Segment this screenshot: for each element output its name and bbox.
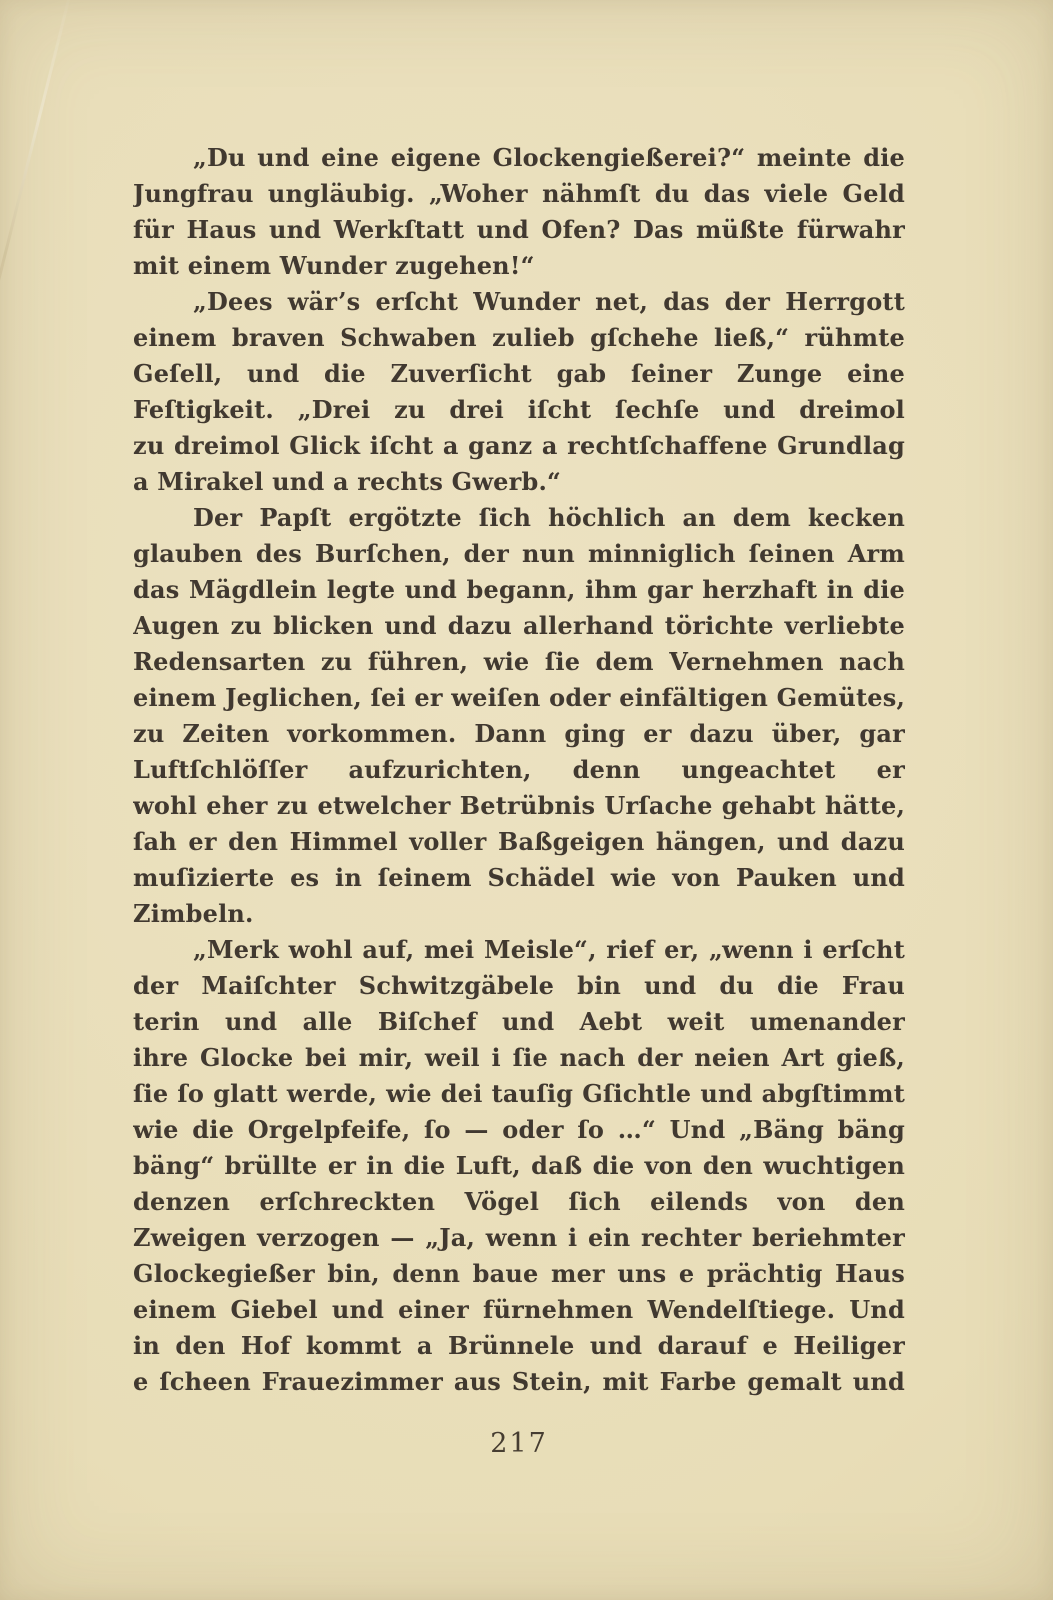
text-line: e ſcheen Frauezimmer aus Stein, mit Farb… xyxy=(133,1364,905,1400)
paragraph: „Merk wohl auf, mei Meisle“, rief er, „w… xyxy=(133,932,905,1400)
text-line: a Mirakel und a rechts Gwerb.“ xyxy=(133,464,905,500)
page-number: 217 xyxy=(133,1428,905,1459)
text-line: Luftſchlöſſer aufzurichten, denn ungeach… xyxy=(133,752,905,788)
text-line: Glockegießer bin, denn baue mer uns e pr… xyxy=(133,1256,905,1292)
text-line: Zweigen verzogen — „Ja, wenn i ein recht… xyxy=(133,1220,905,1256)
text-line: bäng“ brüllte er in die Luft, daß die vo… xyxy=(133,1148,905,1184)
text-line: der Maiſchter Schwitzgäbele bin und du d… xyxy=(133,968,905,1004)
text-line: muſizierte es in ſeinem Schädel wie von … xyxy=(133,860,905,896)
text-line: ihre Glocke bei mir, weil i ſie nach der… xyxy=(133,1040,905,1076)
text-line: wie die Orgelpfeife, ſo — oder ſo …“ Und… xyxy=(133,1112,905,1148)
text-line: „Du und eine eigene Glockengießerei?“ me… xyxy=(133,140,905,176)
text-line: einem Giebel und einer fürnehmen Wendelſ… xyxy=(133,1292,905,1328)
page-text-block: „Du und eine eigene Glockengießerei?“ me… xyxy=(133,140,905,1400)
text-line: Zimbeln. xyxy=(133,896,905,932)
text-line: terin und alle Biſchef und Aebt weit ume… xyxy=(133,1004,905,1040)
text-line: Augen zu blicken und dazu allerhand töri… xyxy=(133,608,905,644)
text-line: Redensarten zu führen, wie ſie dem Verne… xyxy=(133,644,905,680)
text-line: einem Jeglichen, ſei er weiſen oder einf… xyxy=(133,680,905,716)
text-line: Geſell, und die Zuverſicht gab ſeiner Zu… xyxy=(133,356,905,392)
text-line: für Haus und Werkſtatt und Ofen? Das müß… xyxy=(133,212,905,248)
text-line: „Dees wär’s erſcht Wunder net, das der H… xyxy=(133,284,905,320)
text-line: in den Hof kommt a Brünnele und darauf e… xyxy=(133,1328,905,1364)
text-line: Der Papſt ergötzte ſich höchlich an dem … xyxy=(133,500,905,536)
text-line: zu dreimol Glick iſcht a ganz a rechtſch… xyxy=(133,428,905,464)
text-line: glauben des Burſchen, der nun minniglich… xyxy=(133,536,905,572)
text-line: Jungfrau ungläubig. „Woher nähmſt du das… xyxy=(133,176,905,212)
text-line: zu Zeiten vorkommen. Dann ging er dazu ü… xyxy=(133,716,905,752)
text-line: „Merk wohl auf, mei Meisle“, rief er, „w… xyxy=(133,932,905,968)
text-line: mit einem Wunder zugehen!“ xyxy=(133,248,905,284)
paragraph: „Dees wär’s erſcht Wunder net, das der H… xyxy=(133,284,905,500)
text-line: ſah er den Himmel voller Baßgeigen hänge… xyxy=(133,824,905,860)
text-line: Feſtigkeit. „Drei zu drei iſcht ſechſe u… xyxy=(133,392,905,428)
paragraph: Der Papſt ergötzte ſich höchlich an dem … xyxy=(133,500,905,932)
text-line: das Mägdlein legte und begann, ihm gar h… xyxy=(133,572,905,608)
text-line: ſie ſo glatt werde, wie dei tauſig Gſich… xyxy=(133,1076,905,1112)
paper-crease-decoration xyxy=(0,0,75,436)
text-line: einem braven Schwaben zulieb gſchehe lie… xyxy=(133,320,905,356)
paragraph: „Du und eine eigene Glockengießerei?“ me… xyxy=(133,140,905,284)
book-page: { "page": { "number": "217", "paragraphs… xyxy=(0,0,1053,1600)
text-line: denzen erſchreckten Vögel ſich eilends v… xyxy=(133,1184,905,1220)
text-line: wohl eher zu etwelcher Betrübnis Urſache… xyxy=(133,788,905,824)
